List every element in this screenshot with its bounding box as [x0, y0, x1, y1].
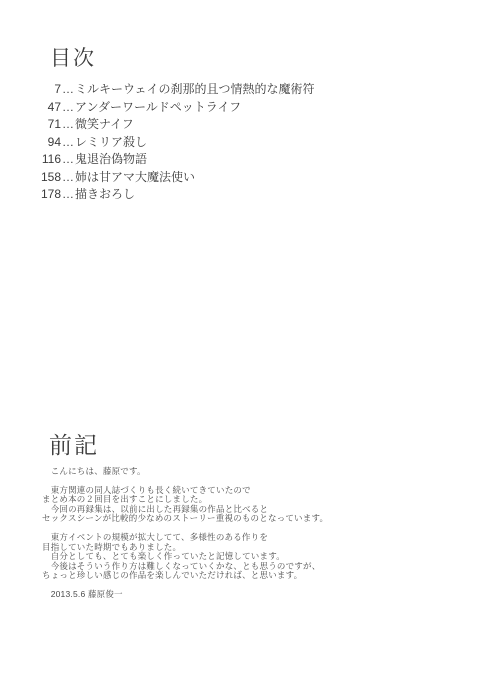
- toc-page-number: 116: [40, 151, 61, 169]
- foreword-heading: 前記: [49, 431, 99, 459]
- toc-separator: …: [62, 134, 74, 152]
- toc-entry: 94 … レミリア殺し: [40, 134, 315, 152]
- toc-separator: …: [62, 116, 74, 134]
- toc-entry-title: レミリア殺し: [75, 134, 147, 152]
- toc-page-number: 71: [40, 116, 61, 134]
- toc-entry-title: 微笑ナイフ: [75, 116, 134, 134]
- toc-entry: 47 … アンダーワールドペットライフ: [40, 99, 315, 117]
- toc-separator: …: [62, 151, 74, 169]
- scanned-document-page: 目次 7 … ミルキーウェイの刹那的且つ情熱的な魔術符 47 … アンダーワール…: [0, 0, 480, 685]
- foreword-line: こんにちは、藤原です。: [42, 467, 328, 477]
- foreword-line: セックスシーンが比較的少なめのストーリー重視のものとなっています。: [42, 514, 328, 524]
- toc-page-number: 94: [40, 134, 61, 152]
- toc-separator: …: [62, 99, 74, 117]
- toc-entry: 158 … 姉は甘アマ大魔法使い: [40, 169, 315, 187]
- foreword-date-signature: 2013.5.6 藤原俊一: [42, 590, 328, 600]
- toc-entry-title: アンダーワールドペットライフ: [75, 99, 241, 117]
- toc-entry: 178 … 描きおろし: [40, 186, 315, 204]
- foreword-paragraph: こんにちは、藤原です。: [42, 467, 328, 477]
- toc-heading: 目次: [50, 46, 96, 72]
- foreword-line: ちょっと珍しい感じの作品を楽しんでいただければ、と思います。: [42, 571, 328, 581]
- toc-entry: 7 … ミルキーウェイの刹那的且つ情熱的な魔術符: [40, 81, 315, 99]
- toc-entry-title: 鬼退治偽物語: [75, 151, 147, 169]
- toc-page-number: 7: [40, 81, 61, 99]
- foreword-signature: 2013.5.6 藤原俊一: [42, 590, 328, 600]
- toc-list: 7 … ミルキーウェイの刹那的且つ情熱的な魔術符 47 … アンダーワールドペッ…: [40, 81, 315, 204]
- toc-separator: …: [62, 169, 74, 187]
- toc-page-number: 158: [40, 169, 61, 187]
- toc-entry: 71 … 微笑ナイフ: [40, 116, 315, 134]
- toc-entry-title: ミルキーウェイの刹那的且つ情熱的な魔術符: [75, 81, 315, 99]
- toc-entry-title: 姉は甘アマ大魔法使い: [75, 169, 195, 187]
- toc-entry-title: 描きおろし: [75, 186, 135, 204]
- toc-separator: …: [62, 186, 74, 204]
- toc-separator: …: [62, 81, 74, 99]
- toc-entry: 116 … 鬼退治偽物語: [40, 151, 315, 169]
- toc-page-number: 47: [40, 99, 61, 117]
- foreword-paragraph: 東方関連の同人誌づくりも長く続いてきていたので まとめ本の２回目を出すことにしま…: [42, 486, 328, 524]
- toc-page-number: 178: [40, 186, 61, 204]
- foreword-body: こんにちは、藤原です。 東方関連の同人誌づくりも長く続いてきていたので まとめ本…: [42, 467, 328, 609]
- foreword-paragraph: 東方イベントの規模が拡大してて、多様性のある作りを 目指していた時期でもありまし…: [42, 533, 328, 581]
